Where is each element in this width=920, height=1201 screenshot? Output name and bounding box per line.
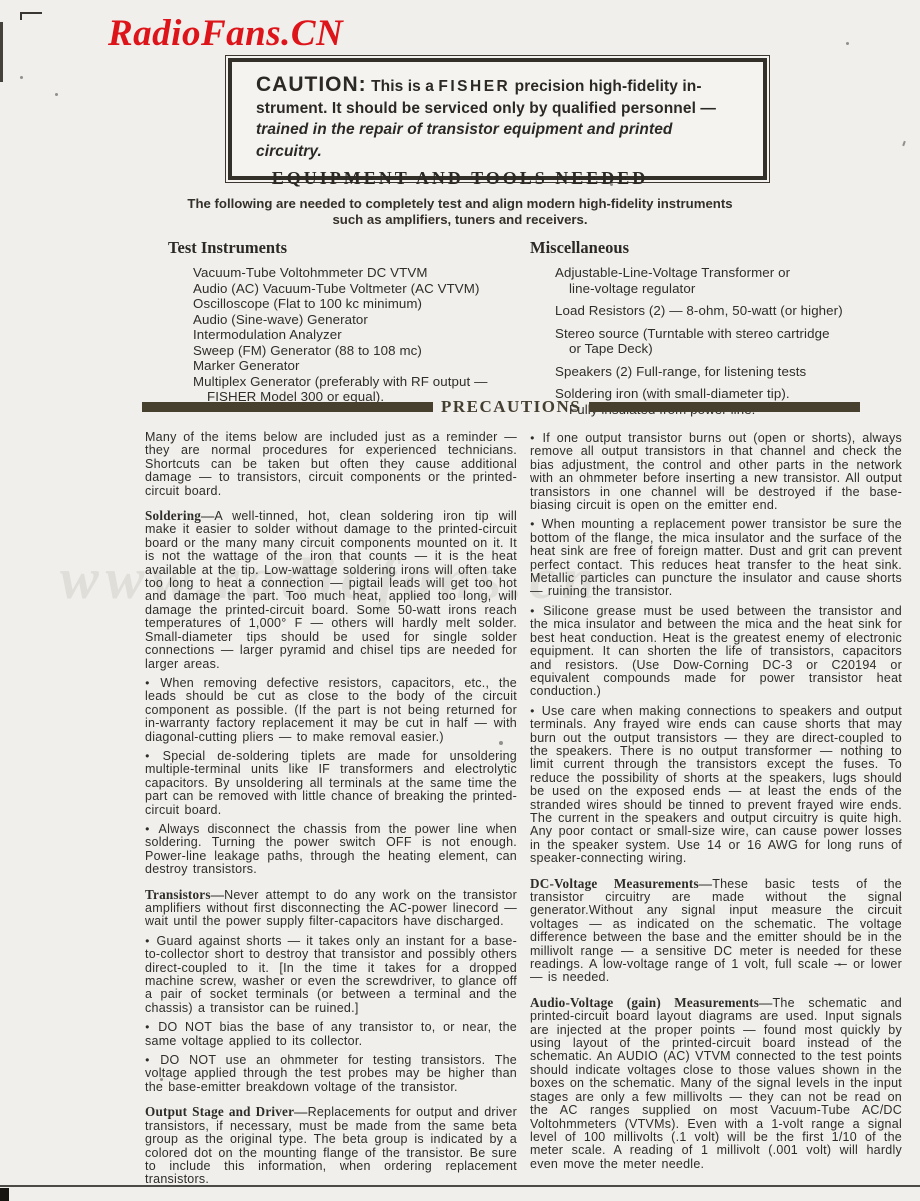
paragraph-head: Soldering— (145, 508, 214, 523)
list-item: Stereo source (Turntable with stereo car… (555, 326, 865, 357)
caution-line1-post: precision high-fidelity in- (510, 78, 701, 95)
caution-box-inner: CAUTION: This is a FISHER precision high… (228, 58, 767, 180)
registration-mark (20, 12, 42, 20)
paragraph-text: Guard against shorts — it takes only an … (145, 934, 517, 1015)
list-item: Audio (AC) Vacuum-Tube Voltmeter (AC VTV… (193, 281, 503, 297)
list-item: Sweep (FM) Generator (88 to 108 mc) (193, 343, 503, 359)
paragraph-text: Special de-soldering tiplets are made fo… (145, 749, 517, 817)
list-item: Intermodulation Analyzer (193, 327, 503, 343)
test-instruments-list: Vacuum-Tube Voltohmmeter DC VTVM Audio (… (193, 265, 503, 405)
scan-speck (846, 42, 849, 45)
paragraph: Many of the items below are included jus… (145, 431, 517, 498)
list-item: Adjustable-Line-Voltage Transformer or l… (555, 265, 865, 296)
bullet-paragraph: Special de-soldering tiplets are made fo… (145, 749, 517, 817)
test-instruments-column: Test Instruments Vacuum-Tube Voltohmmete… (168, 238, 503, 405)
caution-line2: strument. It should be serviced only by … (256, 100, 716, 117)
scan-speck (838, 963, 841, 966)
list-item: Speakers (2) Full-range, for listening t… (555, 364, 865, 380)
caution-line1-pre: This is a (367, 78, 439, 95)
paragraph-text: Silicone grease must be used between the… (530, 604, 902, 698)
bullet-paragraph: If one output transistor burns out (open… (530, 431, 902, 512)
paragraph-text: Always disconnect the chassis from the p… (145, 822, 517, 876)
equipment-subtitle-line1: The following are needed to completely t… (187, 196, 732, 211)
site-watermark: RadioFans.CN (108, 12, 343, 55)
equipment-subtitle: The following are needed to completely t… (140, 196, 780, 227)
list-item: Oscilloscope (Flat to 100 kc minimum) (193, 296, 503, 312)
paragraph-text: DO NOT use an ohmmeter for testing trans… (145, 1053, 517, 1094)
scan-speck (499, 741, 503, 745)
scan-speck (610, 183, 613, 186)
caution-text: CAUTION: This is a FISHER precision high… (256, 74, 741, 162)
equipment-columns: Test Instruments Vacuum-Tube Voltohmmete… (140, 238, 870, 408)
caution-label: CAUTION: (256, 73, 367, 96)
equipment-title: EQUIPMENT AND TOOLS NEEDED (140, 168, 780, 189)
paragraph: Output Stage and Driver—Replacements for… (145, 1105, 517, 1186)
paragraph: Audio-Voltage (gain) Measurements—The sc… (530, 996, 902, 1171)
page-bottom-rule (0, 1185, 920, 1187)
bullet-paragraph: When removing defective resistors, capac… (145, 676, 517, 744)
document-page: www.radiofans.cn RadioFans.CN CAUTION: T… (0, 0, 920, 1201)
scan-speck (55, 93, 58, 96)
miscellaneous-heading: Miscellaneous (530, 238, 865, 258)
band-bar-left (142, 402, 433, 412)
band-bar-right (589, 402, 860, 412)
paragraph-text: When mounting a replacement power transi… (530, 517, 902, 598)
caution-box: CAUTION: This is a FISHER precision high… (225, 55, 770, 183)
scan-speck (872, 577, 875, 580)
list-item: Audio (Sine-wave) Generator (193, 312, 503, 328)
paragraph-head: Audio-Voltage (gain) Measurements— (530, 995, 773, 1010)
scan-edge-artifact (0, 1188, 9, 1201)
caution-line3: trained in the repair of transistor equi… (256, 121, 673, 160)
bullet-paragraph: DO NOT bias the base of any transistor t… (145, 1020, 517, 1048)
paragraph-head: Transistors— (145, 887, 224, 902)
miscellaneous-list: Adjustable-Line-Voltage Transformer or l… (555, 265, 865, 417)
paragraph-head: DC-Voltage Measurements— (530, 876, 712, 891)
list-item: Load Resistors (2) — 8-ohm, 50-watt (or … (555, 303, 865, 319)
paragraph: Soldering—A well-tinned, hot, clean sold… (145, 509, 517, 671)
list-item: Marker Generator (193, 358, 503, 374)
list-item: Vacuum-Tube Voltohmmeter DC VTVM (193, 265, 503, 281)
paragraph-head: Output Stage and Driver— (145, 1104, 308, 1119)
paragraph-text: When removing defective resistors, capac… (145, 676, 517, 744)
scan-edge-artifact (0, 22, 3, 82)
paragraph: Transistors—Never attempt to do any work… (145, 888, 517, 929)
scan-speck (902, 141, 906, 146)
scan-speck (20, 76, 23, 79)
paragraph-text: These basic tests of the transistor circ… (530, 877, 902, 985)
precautions-right-column: If one output transistor burns out (open… (530, 431, 902, 1176)
paragraph-text: A well-tinned, hot, clean soldering iron… (145, 509, 517, 670)
bullet-paragraph: When mounting a replacement power transi… (530, 517, 902, 598)
equipment-section: EQUIPMENT AND TOOLS NEEDED The following… (140, 168, 870, 408)
equipment-subtitle-line2: such as amplifiers, tuners and receivers… (332, 212, 587, 227)
bullet-paragraph: Guard against shorts — it takes only an … (145, 934, 517, 1015)
paragraph-text: Many of the items below are included jus… (145, 430, 517, 498)
bullet-paragraph: Silicone grease must be used between the… (530, 604, 902, 699)
precautions-band: PRECAUTIONS (142, 399, 860, 414)
bullet-paragraph: Always disconnect the chassis from the p… (145, 822, 517, 877)
bullet-paragraph: DO NOT use an ohmmeter for testing trans… (145, 1053, 517, 1094)
fisher-brand: FISHER (438, 78, 510, 95)
paragraph-text: If one output transistor burns out (open… (530, 431, 902, 512)
precautions-title: PRECAUTIONS (433, 397, 589, 417)
paragraph: DC-Voltage Measurements—These basic test… (530, 877, 902, 985)
paragraph-text: Use care when making connections to spea… (530, 704, 902, 865)
scan-speck (160, 1078, 163, 1081)
precautions-left-column: Many of the items below are included jus… (145, 431, 517, 1192)
test-instruments-heading: Test Instruments (168, 238, 503, 258)
bullet-paragraph: Use care when making connections to spea… (530, 704, 902, 866)
paragraph-text: DO NOT bias the base of any transistor t… (145, 1020, 517, 1047)
paragraph-text: The schematic and printed-circuit board … (530, 996, 902, 1171)
